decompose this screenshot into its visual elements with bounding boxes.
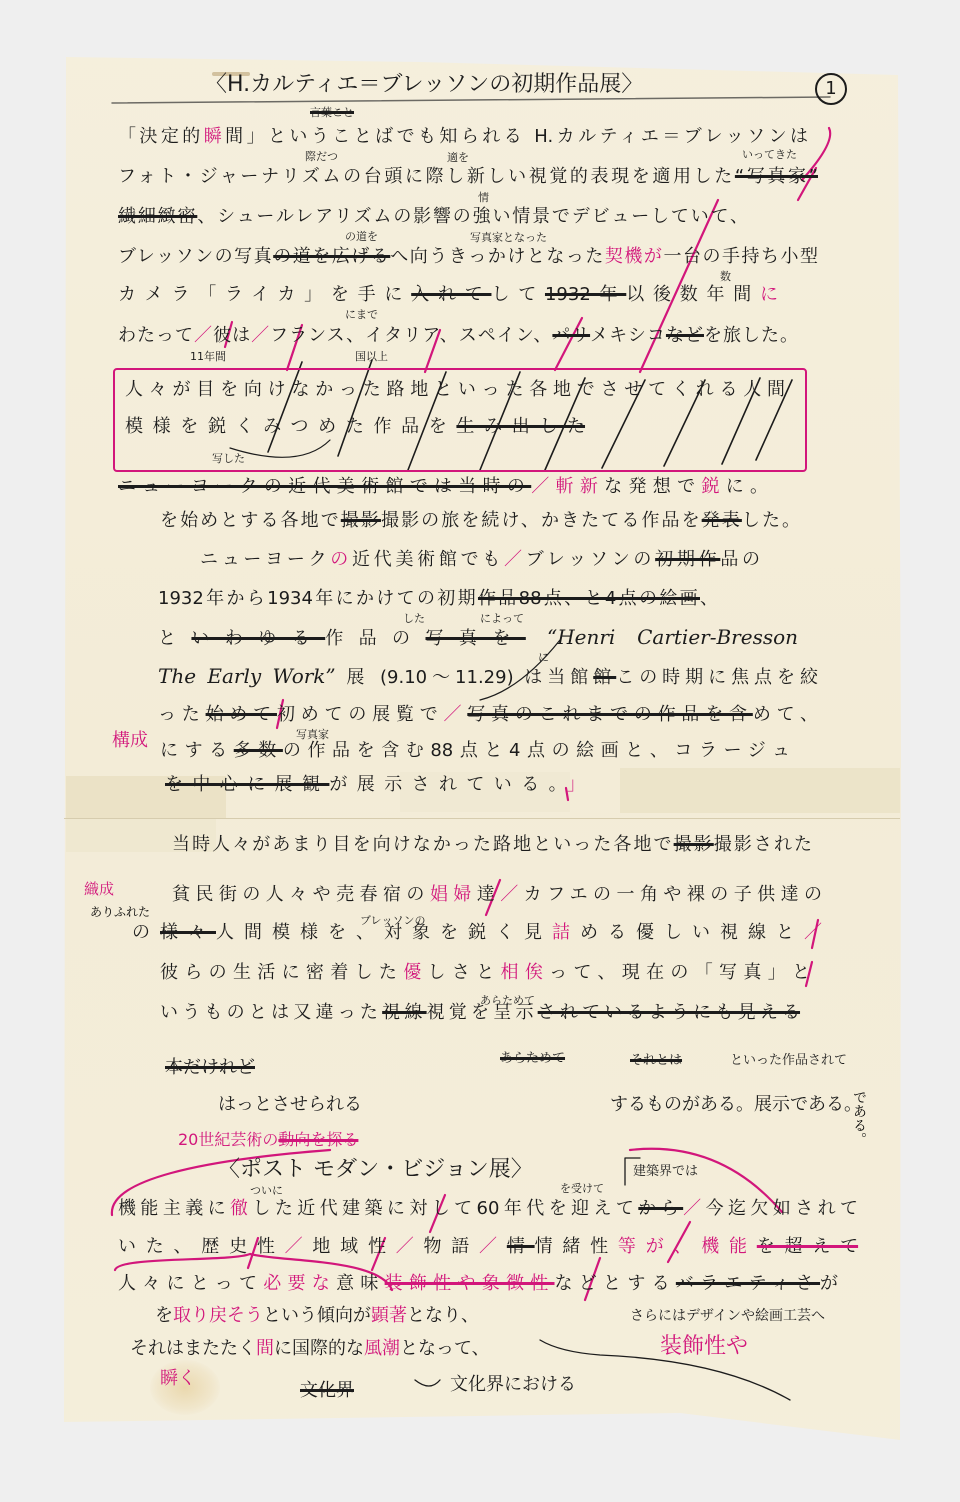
struck-text: 文化界	[300, 1378, 354, 1404]
manuscript-line: はっとさせられる	[218, 1092, 362, 1118]
manuscript-line: カメラ「ライカ」を手に入れてして1932年以後数年間に	[118, 282, 778, 308]
annotation: の道を	[345, 230, 378, 244]
manuscript-line: さらにはデザインや絵画工芸へ	[630, 1303, 825, 1329]
boxed-line: 人々が目を向けなかった路地といった各地でさせてくれる人間	[125, 377, 785, 403]
document-title: 〈H.カルティエ＝ブレッソンの初期作品展〉	[205, 72, 643, 98]
tape-strip	[620, 768, 900, 813]
annotation: ブレッソンの	[360, 914, 425, 928]
margin-note: ありふれた	[90, 903, 150, 921]
annotation: 建築界では	[633, 1165, 698, 1179]
annotation: に	[538, 651, 549, 665]
manuscript-line: ニューヨークの近代美術館では当時の／斬新な発想で鋭に。	[118, 474, 768, 500]
manuscript-line: それはまたたく間に国際的な風潮となって、	[130, 1336, 490, 1362]
manuscript-line: 機能主義に徹した近代建築に対して60年代を迎えてから／今迄欠如されて	[118, 1196, 858, 1222]
manuscript-line: わたって／彼は／フランス、イタリア、スペイン、パリメキシコなどを旅した。	[118, 323, 798, 349]
manuscript-line: 貧民街の人々や売春宿の娼婦達／カフエの一角や裸の子供達の	[172, 882, 822, 908]
correction-note: 装飾性や	[660, 1334, 748, 1360]
annotation: 11年間	[190, 350, 226, 364]
manuscript-line: 「決定的瞬間」ということばでも知られる H.カルティエ＝ブレッソンは	[118, 124, 808, 150]
section-title: 〈ポスト モダン・ビジョン展〉	[218, 1157, 533, 1183]
annotation: によって	[480, 612, 524, 626]
manuscript-line: 1932年から1934年にかけての初期作品88点、と4点の絵画、	[158, 586, 718, 612]
manuscript-line: にする多数の作品を含む88点と4点の絵画と、コラージュ	[160, 738, 790, 764]
manuscript-line: といわゆる作品の写真を “Henri Cartier-Bresson	[158, 624, 798, 652]
annotation: 数	[720, 270, 731, 284]
annotation: あらためて	[480, 994, 535, 1008]
annotation: 写した	[212, 452, 245, 466]
annotation: 情	[478, 191, 489, 205]
annotation: それとは	[630, 1054, 682, 1068]
manuscript-line: を中心に展観が展示されている。」	[165, 772, 585, 798]
annotation: にまで	[345, 308, 378, 322]
annotation: 際だつ	[305, 150, 338, 164]
annotation: を受けて	[560, 1182, 604, 1196]
annotation: 適を	[447, 151, 469, 165]
annotation: あらためて	[500, 1052, 565, 1066]
page-number: 1	[815, 73, 847, 105]
annotation: いってきた	[742, 148, 797, 162]
manuscript-line: 人々にとって必要な意味装飾性や象徴性などとするバラエティさが	[118, 1271, 838, 1297]
annotation: した	[403, 612, 425, 626]
correction-note: 瞬く	[160, 1366, 196, 1392]
annotation: 写真家	[296, 728, 329, 742]
annotation: 写真家となった	[470, 231, 547, 245]
boxed-line: 模様を鋭くみつめた作品を生み出した	[125, 414, 585, 440]
manuscript-line: 彼らの生活に密着した優しさと相俟って、現在の「写真」と	[160, 960, 810, 986]
manuscript-line: の様々人間模様を、対象を鋭く見詰める優しい視線と／	[132, 920, 822, 946]
manuscript-line: 繊細緻密、シュールレアリズムの影響の強い情景でデビューしていて、	[118, 204, 748, 230]
manuscript-line: った始めて初めての展覧で／写真のこれまでの作品を含めて、	[158, 702, 818, 728]
annotation: といった作品されて	[730, 1054, 847, 1068]
section-heading-note: 20世紀芸術の動向を探る	[178, 1127, 358, 1153]
manuscript-line: The Early Work” 展 (9.10～11.29) は当館館この時期に…	[158, 663, 818, 691]
margin-note: である。	[850, 1090, 868, 1146]
manuscript-line: 本だけれど	[165, 1055, 255, 1081]
manuscript-line: 当時人々があまり目を向けなかった路地といった各地で撮影撮影された	[172, 832, 812, 858]
manuscript-line: ブレッソンの写真の道を広げるへ向うきっかけとなった契機が一台の手持ち小型	[118, 244, 818, 270]
paper-fold-line	[64, 818, 900, 819]
margin-note: 構成	[112, 732, 148, 750]
annotation: ついに	[250, 1184, 283, 1198]
manuscript-line: いた、歴史性／地域性／物語／情情緒性等が、機能を超えて	[118, 1234, 858, 1260]
manuscript-line: ニューヨークの近代美術館でも／ブレッソンの初期作品の	[200, 547, 760, 573]
manuscript-line: を取り戻そうという傾向が顕著となり、	[155, 1303, 479, 1329]
margin-note: 織成	[84, 880, 114, 898]
manuscript-line: 文化界における	[450, 1372, 576, 1398]
manuscript-line: フォト・ジャーナリズムの台頭に際し新しい視覚的表現を適用した“写真家”	[118, 164, 818, 190]
annotation: 国以上	[355, 350, 388, 364]
manuscript-line: を始めとする各地で撮影撮影の旅を続け、かきたてる作品を発表した。	[160, 508, 800, 534]
annotation: 言葉こと	[310, 106, 354, 120]
manuscript-line: するものがある。展示である。	[610, 1092, 862, 1118]
